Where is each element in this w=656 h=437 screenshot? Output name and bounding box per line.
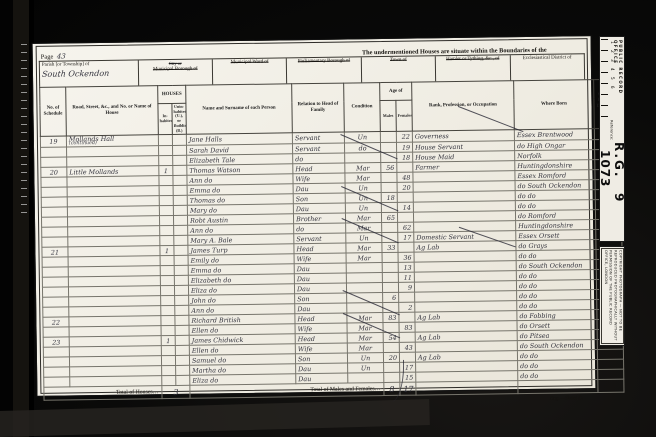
table-header: No. of Schedule Road, Street, &c., and N…	[40, 79, 621, 136]
cell-schedule	[43, 347, 69, 357]
cell-infirm	[597, 350, 623, 360]
cell-uninhabited	[175, 326, 189, 336]
jurisdiction-field-5: Hamlet or Tything, &c., of	[436, 55, 511, 81]
cell-uninhabited	[173, 216, 187, 226]
reference-piece: 9	[612, 193, 626, 203]
jurisdiction-field-4: Town of	[362, 56, 437, 82]
cell-uninhabited	[173, 196, 187, 206]
cell-schedule	[43, 307, 69, 317]
empty-cell	[598, 380, 624, 393]
cell-uninhabited	[174, 236, 188, 246]
cell-schedule	[41, 207, 67, 217]
cell-uninhabited	[175, 346, 189, 356]
cell-uninhabited	[172, 134, 186, 145]
cell-age_f: 9	[398, 283, 414, 293]
cell-age_f: 18	[397, 153, 413, 163]
cell-inhabited: 1	[160, 246, 174, 256]
cell-infirm	[598, 370, 624, 380]
cell-uninhabited	[175, 336, 189, 346]
cell-condition: Mar	[347, 343, 383, 354]
cell-condition	[347, 303, 383, 314]
col-condition: Condition	[344, 83, 381, 133]
cell-age_f: 17	[400, 363, 416, 373]
cell-condition: Mar	[347, 333, 383, 344]
cell-uninhabited	[176, 366, 190, 376]
reference-number: R.G. 9 1073	[598, 142, 626, 241]
col-occupation: Rank, Profession, or Occupation	[412, 81, 515, 132]
cell-condition: Un	[346, 233, 382, 244]
cell-condition: do	[344, 143, 380, 154]
field-label: Municipal Borough of	[153, 66, 198, 72]
cell-schedule: 22	[43, 317, 69, 327]
cell-inhabited	[160, 286, 174, 296]
cell-condition: Un	[345, 183, 381, 194]
cell-age_f: 83	[399, 323, 415, 333]
film-edge	[0, 0, 34, 437]
cell-schedule	[41, 187, 67, 197]
cell-schedule	[41, 217, 67, 227]
cell-age_m	[380, 132, 396, 143]
cell-condition	[347, 293, 383, 304]
cell-schedule	[41, 177, 67, 187]
cell-condition	[346, 283, 382, 294]
cell-inhabited	[160, 236, 174, 246]
cell-condition: Un	[344, 132, 380, 144]
ruler-ticks	[601, 39, 608, 118]
cell-condition: Mar	[347, 313, 383, 324]
cell-uninhabited	[175, 296, 189, 306]
cell-age_m	[383, 303, 399, 313]
cell-age_f: 20	[397, 183, 413, 193]
cell-infirm	[598, 360, 624, 370]
cell-age_f: 36	[398, 253, 414, 263]
cell-age_m: 83	[383, 313, 399, 323]
cell-schedule: 20	[41, 167, 67, 177]
copyright-stamp-text: COPYRIGHT PHOTOGRAPH — NOT TO BE REPRODU…	[601, 248, 624, 344]
cell-uninhabited	[174, 226, 188, 236]
cell-inhabited	[159, 176, 173, 186]
cell-schedule: 19	[40, 136, 66, 148]
cell-age_m: 20	[383, 353, 399, 363]
cell-age_f: 17	[398, 233, 414, 243]
cell-condition: Un	[345, 193, 381, 204]
total-houses-value: 3	[162, 386, 190, 399]
cell-age_f	[397, 193, 413, 203]
cell-condition: Un	[348, 363, 384, 374]
cell-age_f	[399, 293, 415, 303]
cell-condition: Mar	[347, 323, 383, 334]
cell-schedule	[44, 367, 70, 377]
census-form-page: Page 43 The undermentioned Houses are si…	[32, 35, 597, 397]
cell-age_m	[382, 233, 398, 243]
cell-condition	[348, 373, 384, 384]
cell-age_f: 2	[399, 303, 415, 313]
cell-inhabited	[159, 156, 173, 166]
cell-schedule: 23	[43, 337, 69, 347]
cell-age_m	[381, 153, 397, 163]
cell-age_m: 6	[383, 293, 399, 303]
col-road: Road, Street, &c., and No. or Name of Ho…	[66, 86, 159, 136]
cell-inhabited	[162, 376, 176, 386]
empty-cell	[416, 381, 518, 395]
cell-uninhabited	[173, 206, 187, 216]
cell-age_f: 15	[400, 373, 416, 383]
jurisdiction-field-2: Municipal Ward of	[213, 58, 288, 84]
cell-age_f: 14	[397, 203, 413, 213]
cell-age_m	[382, 253, 398, 263]
cell-inhabited	[162, 366, 176, 376]
cell-condition: Mar	[345, 213, 381, 224]
cell-age_m	[384, 373, 400, 383]
jurisdiction-field-0: Parish [or Township] ofSouth Ockendon	[40, 60, 139, 86]
cell-schedule	[41, 147, 67, 157]
cell-uninhabited	[173, 156, 187, 166]
cell-uninhabited	[173, 176, 187, 186]
cell-inhabited	[159, 186, 173, 196]
cell-schedule	[41, 157, 67, 167]
cell-age_m: 18	[381, 193, 397, 203]
cell-age_m	[382, 283, 398, 293]
jurisdiction-field-6: Ecclesiastical District of	[510, 54, 584, 80]
cell-schedule	[41, 197, 67, 207]
cell-inhabited	[159, 206, 173, 216]
cell-inhabited	[159, 196, 173, 206]
total-males-value: 8	[384, 383, 400, 396]
cell-age_m: 54	[383, 333, 399, 343]
cell-inhabited	[160, 226, 174, 236]
cell-schedule	[43, 297, 69, 307]
col-houses: HOUSES	[158, 85, 186, 103]
cell-schedule	[42, 287, 68, 297]
cell-age_m	[381, 173, 397, 183]
cell-inhabited	[160, 256, 174, 266]
cell-age_f: 11	[398, 273, 414, 283]
cell-age_f	[399, 333, 415, 343]
col-females: Females	[396, 100, 412, 131]
copyright-stamp: COPYRIGHT PHOTOGRAPH — NOT TO BE REPRODU…	[599, 246, 625, 346]
field-label: Parish [or Township] of	[42, 62, 90, 68]
form-border: Page 43 The undermentioned Houses are si…	[36, 38, 593, 394]
col-born: Where Born	[514, 80, 595, 130]
field-label: Town of	[390, 58, 407, 63]
cell-schedule	[43, 327, 69, 337]
cell-age_f	[397, 213, 413, 223]
cell-uninhabited	[175, 356, 189, 366]
cell-schedule	[43, 357, 69, 367]
cell-inhabited	[161, 346, 175, 356]
field-label: Municipal Ward of	[231, 60, 269, 66]
pro-reference-strip: 123456 PUBLIC RECORD OFFICE Reference: R…	[599, 36, 625, 242]
cell-uninhabited	[175, 316, 189, 326]
cell-inhabited: 1	[161, 336, 175, 346]
cell-inhabited	[159, 216, 173, 226]
field-label: Ecclesiastical District of	[523, 55, 572, 61]
cell-condition: Mar	[345, 163, 381, 174]
cell-inhabited	[159, 146, 173, 156]
table-body: 19Mollands Hall(continued)Jane HallsServ…	[40, 128, 623, 387]
empty-cell	[518, 380, 598, 394]
cell-uninhabited	[173, 186, 187, 196]
cell-condition: Mar	[346, 223, 382, 234]
col-males: Males	[380, 100, 396, 131]
cell-inhabited	[161, 356, 175, 366]
page-label: Page	[41, 54, 54, 61]
cell-age_m: 33	[382, 243, 398, 253]
cell-uninhabited	[174, 256, 188, 266]
ruler: 123456 PUBLIC RECORD OFFICE	[600, 37, 624, 120]
page-number: 43	[56, 52, 66, 60]
cell-age_f: 43	[399, 343, 415, 353]
cell-age_m	[381, 183, 397, 193]
cell-schedule	[42, 257, 68, 267]
total-females-value: 17	[400, 383, 416, 396]
cell-age_m	[381, 203, 397, 213]
col-name: Name and Surname of each Person	[186, 84, 293, 135]
col-uninhabited: Unin-habited (U.), or Building (B.)	[172, 103, 186, 134]
cell-condition: Un	[345, 203, 381, 214]
reference-label: Reference:	[610, 120, 615, 140]
cell-inhabited	[161, 296, 175, 306]
jurisdiction-field-3: Parliamentary Borough of	[287, 57, 362, 83]
cell-condition	[345, 153, 381, 164]
reference-series: R.G.	[612, 142, 626, 178]
cell-schedule	[42, 227, 68, 237]
cell-inhabited: 1	[159, 166, 173, 176]
cell-age_f	[398, 243, 414, 253]
cell-age_f: 13	[398, 263, 414, 273]
cell-uninhabited	[174, 246, 188, 256]
cell-age_f: 62	[398, 223, 414, 233]
col-schedule: No. of Schedule	[40, 87, 67, 137]
cell-age_f: 19	[396, 143, 412, 153]
reference-item: 1073	[598, 150, 612, 187]
public-record-office-label: PUBLIC RECORD OFFICE	[613, 40, 623, 120]
cell-uninhabited	[173, 146, 187, 156]
field-value: South Ockendon	[42, 69, 110, 80]
cell-age_f	[397, 163, 413, 173]
cell-condition: Mar	[346, 243, 382, 254]
col-inhabited: In-habited	[158, 103, 172, 134]
cell-age_f: 48	[397, 173, 413, 183]
cell-schedule	[42, 237, 68, 247]
cell-uninhabited	[174, 276, 188, 286]
col-age: Age of	[380, 82, 412, 100]
cell-relation: Servant	[292, 132, 344, 144]
census-scan-photo: Page 43 The undermentioned Houses are si…	[0, 0, 656, 437]
cell-age_m	[382, 223, 398, 233]
cell-inhabited	[158, 135, 172, 146]
cell-uninhabited	[173, 166, 187, 176]
cell-age_m	[384, 363, 400, 373]
cell-age_m: 65	[381, 213, 397, 223]
col-relation: Relation to Head of Family	[292, 83, 345, 133]
cell-condition: Mar	[345, 173, 381, 184]
field-label: Parliamentary Borough of	[298, 58, 350, 64]
cell-schedule	[42, 267, 68, 277]
cell-uninhabited	[176, 376, 190, 386]
cell-inhabited	[161, 306, 175, 316]
cell-age_m	[382, 273, 398, 283]
cell-age_f	[399, 313, 415, 323]
cell-schedule: 21	[42, 247, 68, 257]
cell-inhabited	[161, 316, 175, 326]
cell-inhabited	[160, 276, 174, 286]
cell-schedule	[44, 377, 70, 387]
total-houses-label: Total of Houses…	[44, 386, 162, 401]
cell-schedule	[42, 277, 68, 287]
cell-uninhabited	[174, 266, 188, 276]
cell-age_m	[383, 343, 399, 353]
field-label: Hamlet or Tything, &c., of	[446, 56, 499, 62]
cell-age_m	[383, 323, 399, 333]
jurisdiction-field-1: City orMunicipal Borough of	[138, 59, 213, 85]
cell-condition: Mar	[346, 253, 382, 264]
cell-age_m	[380, 143, 396, 153]
cell-age_m: 56	[381, 163, 397, 173]
cell-condition	[346, 263, 382, 274]
cell-age_m	[382, 263, 398, 273]
cell-uninhabited	[174, 286, 188, 296]
cell-inhabited	[160, 266, 174, 276]
cell-inhabited	[161, 326, 175, 336]
cell-uninhabited	[175, 306, 189, 316]
cell-age_f: 22	[396, 131, 412, 142]
cell-condition	[346, 273, 382, 284]
cell-condition: Un	[347, 353, 383, 364]
census-table: No. of Schedule Road, Street, &c., and N…	[39, 79, 624, 402]
cell-age_f	[399, 353, 415, 363]
